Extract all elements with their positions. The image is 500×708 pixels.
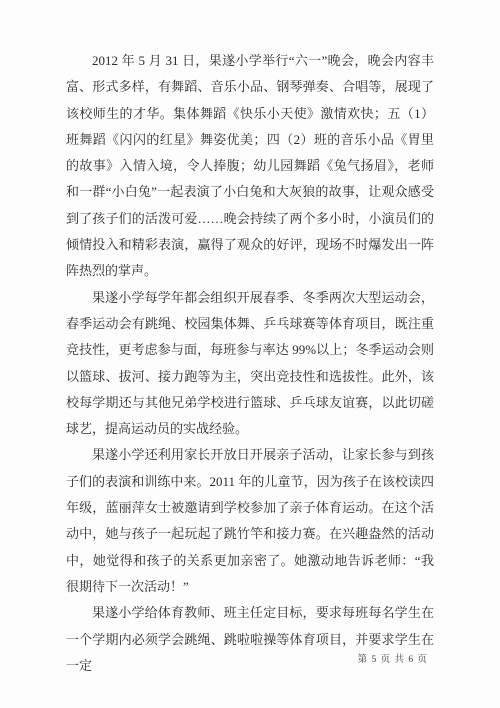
paragraph-1: 2012 年 5 月 31 日，果遂小学举行“六一”晚会，晚会内容丰富、形式多样… xyxy=(66,48,434,285)
page-number-footer: 第 5 页 共 6 页 xyxy=(358,651,428,665)
document-body: 2012 年 5 月 31 日，果遂小学举行“六一”晚会，晚会内容丰富、形式多样… xyxy=(66,48,434,679)
document-page: 2012 年 5 月 31 日，果遂小学举行“六一”晚会，晚会内容丰富、形式多样… xyxy=(0,0,500,708)
paragraph-2: 果遂小学每学年都会组织开展春季、冬季两次大型运动会，春季运动会有跳绳、校园集体舞… xyxy=(66,285,434,443)
paragraph-4: 果遂小学给体育教师、班主任定目标，要求每班每名学生在一个学期内必须学会跳绳、跳啦… xyxy=(66,600,434,679)
paragraph-3: 果遂小学还利用家长开放日开展亲子活动，让家长参与到孩子们的表演和训练中来。201… xyxy=(66,442,434,600)
